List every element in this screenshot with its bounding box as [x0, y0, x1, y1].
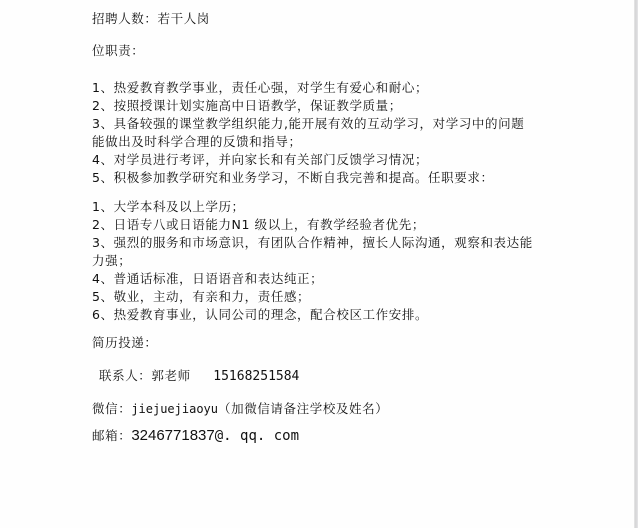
requirement-item-4: 4、普通话标准，日语语音和表达纯正；: [92, 271, 323, 287]
email-user: 3246771837: [131, 427, 214, 444]
requirement-item-6: 6、热爱教育事业，认同公司的理念，配合校区工作安排。: [92, 307, 428, 323]
resume-heading: 简历投递：: [92, 335, 158, 351]
duty-item-1: 1、热爱教育教学事业，责任心强，对学生有爱心和耐心；: [92, 80, 428, 96]
requirement-item-3-cont: 力强；: [92, 253, 131, 269]
email-line: 邮箱：3246771837@. qq. com: [92, 428, 299, 444]
wechat-id: jiejuejiaoyu: [131, 402, 218, 416]
requirement-item-2: 2、日语专八或日语能力N1 级以上，有教学经验者优先；: [92, 217, 425, 233]
requirement-item-3: 3、强烈的服务和市场意识，有团队合作精神，擅长人际沟通，观察和表达能: [92, 235, 533, 251]
contact-phone: 15168251584: [213, 369, 299, 384]
duty-item-3: 3、具备较强的课堂教学组织能力,能开展有效的互动学习，对学习中的问题: [92, 116, 524, 132]
wechat-line: 微信：jiejuejiaoyu（加微信请备注学校及姓名）: [92, 401, 388, 417]
duty-item-4: 4、对学员进行考评，并向家长和有关部门反馈学习情况；: [92, 152, 428, 168]
duties-heading: 位职责：: [92, 43, 144, 59]
duty-item-5: 5、积极参加教学研究和业务学习，不断自我完善和提高。任职要求：: [92, 170, 494, 186]
wechat-note: （加微信请备注学校及姓名）: [218, 401, 388, 416]
document-page: 招聘人数：若干人岗 位职责： 1、热爱教育教学事业，责任心强，对学生有爱心和耐心…: [0, 0, 634, 528]
page-edge-border: [634, 0, 638, 528]
duty-item-2: 2、按照授课计划实施高中日语教学，保证教学质量；: [92, 98, 402, 114]
wechat-label: 微信：: [92, 401, 131, 416]
requirement-item-1: 1、大学本科及以上学历；: [92, 199, 245, 215]
contact-line: 联系人：郭老师 15168251584: [99, 368, 299, 385]
email-domain: @. qq. com: [215, 428, 299, 444]
recruit-count: 招聘人数：若干人岗: [92, 11, 210, 27]
duty-item-3-cont: 能做出及时科学合理的反馈和指导；: [92, 134, 302, 150]
contact-person: 联系人：郭老师: [99, 368, 191, 383]
email-label: 邮箱：: [92, 428, 131, 443]
requirement-item-5: 5、敬业，主动，有亲和力，责任感；: [92, 289, 310, 305]
